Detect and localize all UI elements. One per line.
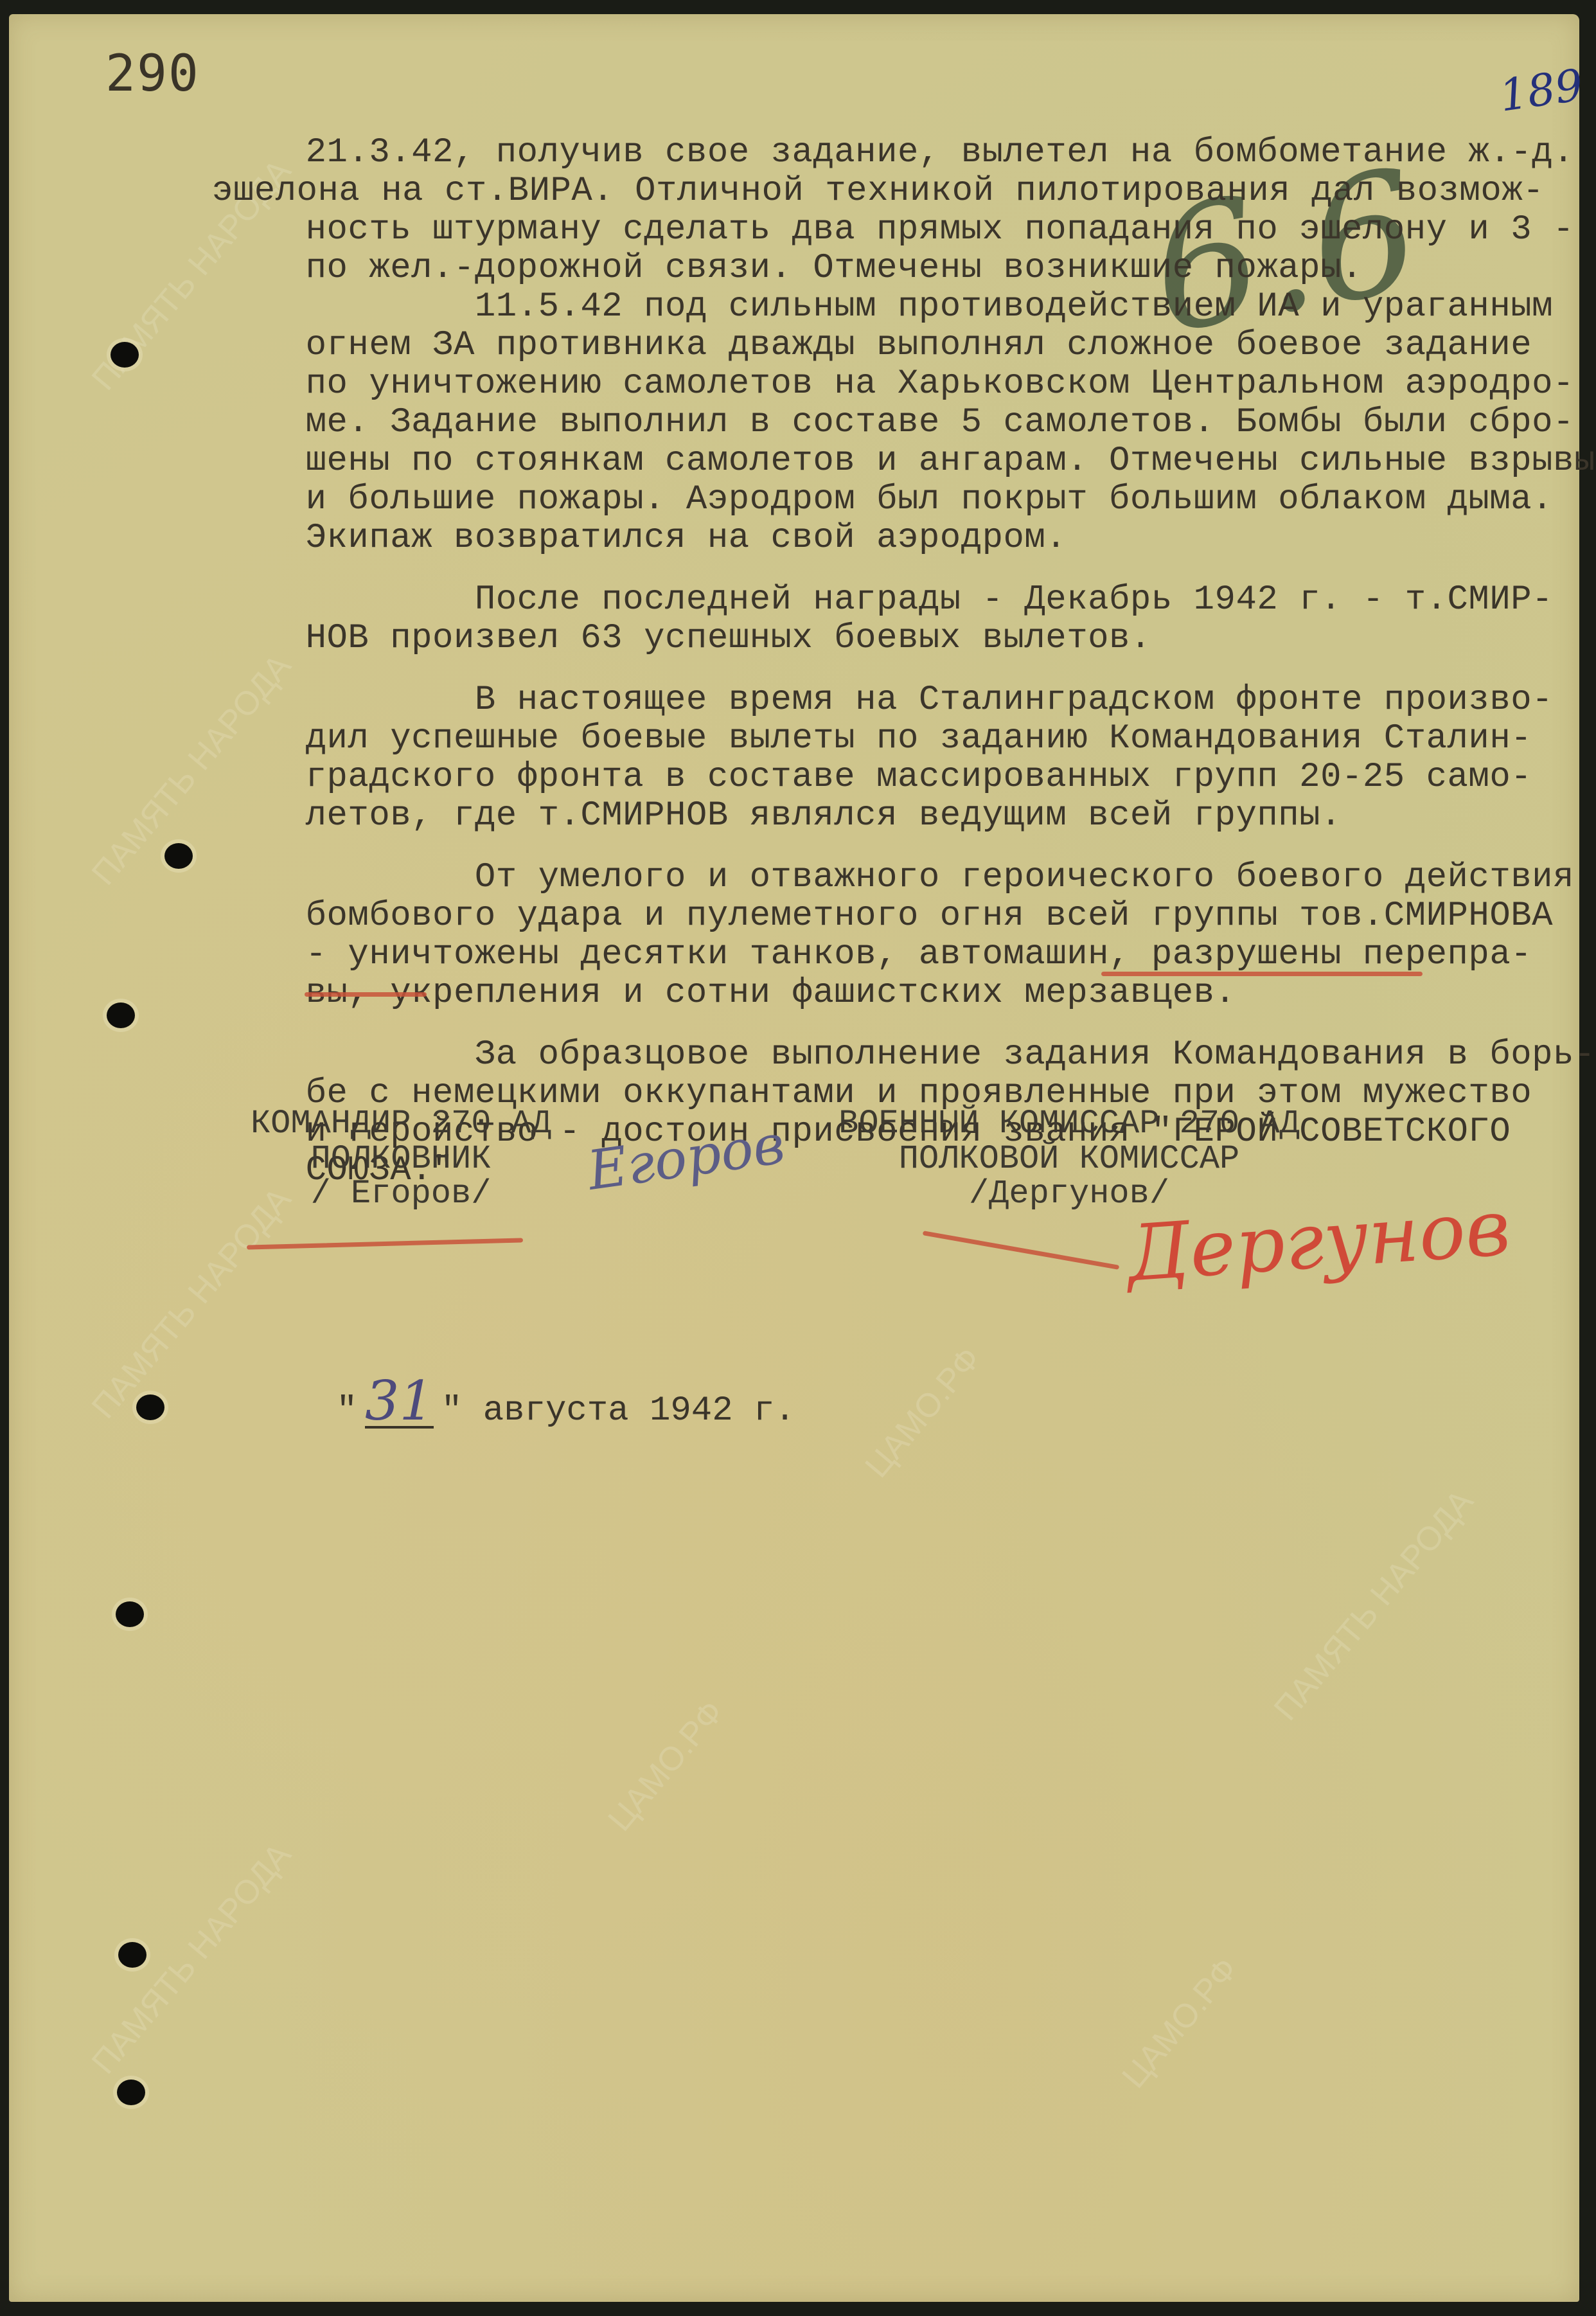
- text-line: по жел.-дорожной связи. Отмечены возникш…: [221, 249, 1538, 288]
- watermark: ПАМЯТЬ НАРОДА: [86, 1838, 297, 2080]
- text-line: 21.3.42, получив свое задание, вылетел н…: [221, 134, 1538, 172]
- paragraph-5: От умелого и отважного героического боев…: [221, 859, 1538, 1013]
- text-line: В настоящее время на Сталинградском фрон…: [221, 681, 1538, 720]
- text-line: и большие пожары. Аэродром был покрыт бо…: [221, 481, 1538, 519]
- red-underline: [247, 1238, 523, 1249]
- commander-signature-block: КОМАНДИР 270 АД ПОЛКОВНИК / Егоров/: [234, 1107, 568, 1212]
- folio-number: 189: [1496, 60, 1586, 121]
- text-line: - уничтожены десятки танков, автомашин, …: [221, 936, 1538, 974]
- text-line: эшелона на ст.ВИРА. Отличной техникой пи…: [212, 172, 1538, 211]
- date-month-year: августа 1942 г.: [483, 1391, 795, 1430]
- watermark: ЦАМО.РФ: [1117, 1952, 1243, 2094]
- text-line: градского фронта в составе массированных…: [221, 758, 1538, 797]
- punch-hole: [116, 1601, 144, 1627]
- text-line: От умелого и отважного героического боев…: [221, 859, 1538, 897]
- text-line: шены по стоянкам самолетов и ангарам. От…: [221, 442, 1538, 481]
- punch-hole: [117, 2080, 145, 2105]
- punch-hole: [107, 1002, 135, 1028]
- commander-rank: ПОЛКОВНИК: [234, 1142, 568, 1177]
- text-line: После последней награды - Декабрь 1942 г…: [221, 581, 1538, 619]
- document-date: "31" августа 1942 г.: [253, 1338, 795, 1470]
- commander-name: / Егоров/: [234, 1177, 568, 1212]
- document-page: ПАМЯТЬ НАРОДА ПАМЯТЬ НАРОДА ПАМЯТЬ НАРОД…: [9, 14, 1579, 2302]
- text-line: бомбового удара и пулеметного огня всей …: [221, 897, 1538, 936]
- text-line: летов, где т.СМИРНОВ являлся ведущим все…: [221, 797, 1538, 835]
- punch-hole: [136, 1394, 164, 1420]
- text-line: 11.5.42 под сильным противодействием ИА …: [221, 288, 1538, 326]
- watermark: ЦАМО.РФ: [860, 1341, 986, 1483]
- text-line: по уничтожению самолетов на Харьковском …: [221, 365, 1538, 404]
- punch-hole: [164, 843, 193, 869]
- text-line: За образцовое выполнение задания Командо…: [221, 1036, 1538, 1074]
- citation-body: 21.3.42, получив свое задание, вылетел н…: [221, 134, 1538, 1190]
- red-underline: [305, 992, 427, 997]
- text-line: дил успешные боевые вылеты по заданию Ко…: [221, 720, 1538, 758]
- commissar-rank: ПОЛКОВОЙ КОМИССАР: [825, 1142, 1313, 1177]
- date-day-handwritten: 31: [365, 1377, 434, 1429]
- paragraph-2: 11.5.42 под сильным противодействием ИА …: [221, 288, 1538, 558]
- text-line: ность штурману сделать два прямых попада…: [221, 211, 1538, 249]
- commissar-title: ВОЕННЫЙ КОМИССАР 270 АД: [825, 1107, 1313, 1142]
- text-line: огнем ЗА противника дважды выполнял слож…: [221, 326, 1538, 365]
- archive-number: 290: [105, 45, 200, 103]
- text-line: НОВ произвел 63 успешных боевых вылетов.: [221, 619, 1538, 658]
- watermark: ЦАМО.РФ: [603, 1695, 729, 1837]
- paragraph-1: 21.3.42, получив свое задание, вылетел н…: [221, 134, 1538, 288]
- text-line: ме. Задание выполнил в составе 5 самолет…: [221, 404, 1538, 442]
- commander-title: КОМАНДИР 270 АД: [234, 1107, 568, 1142]
- paragraph-3: После последней награды - Декабрь 1942 г…: [221, 581, 1538, 658]
- punch-hole: [111, 342, 139, 368]
- red-underline: [923, 1231, 1120, 1270]
- red-underline: [1101, 972, 1423, 976]
- punch-hole: [118, 1942, 146, 1968]
- paragraph-4: В настоящее время на Сталинградском фрон…: [221, 681, 1538, 835]
- commissar-signature-block: ВОЕННЫЙ КОМИССАР 270 АД ПОЛКОВОЙ КОМИССА…: [825, 1107, 1313, 1212]
- text-line: Экипаж возвратился на свой аэродром.: [221, 519, 1538, 558]
- watermark: ПАМЯТЬ НАРОДА: [1268, 1484, 1479, 1727]
